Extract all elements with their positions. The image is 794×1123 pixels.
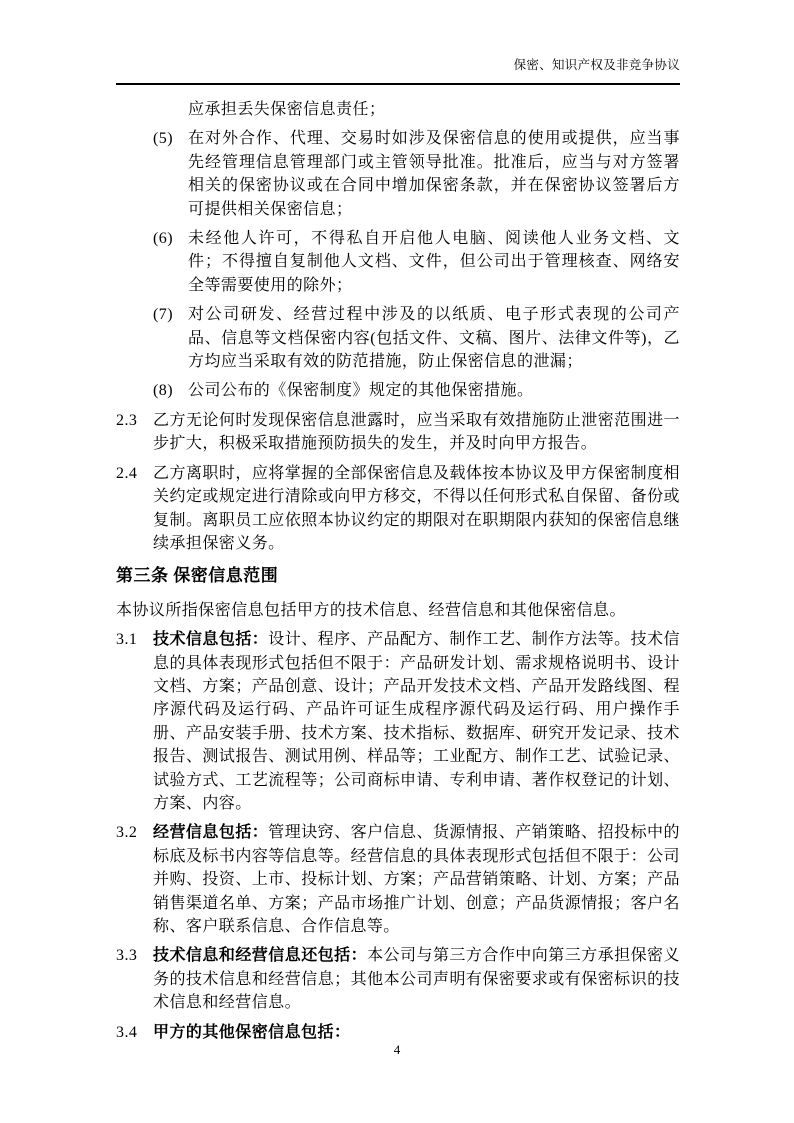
list-text: 对公司研发、经营过程中涉及的以纸质、电子形式表现的公司产品、信息等文档保密内容(… xyxy=(188,303,680,373)
clause-lead: 技术信息和经营信息还包括： xyxy=(153,947,367,964)
clause-3-1: 3.1 技术信息包括：设计、程序、产品配方、制作工艺、制作方法等。技术信息的具体… xyxy=(116,628,680,815)
page-header: 保密、知识产权及非竞争协议 xyxy=(116,57,680,85)
page-number: 4 xyxy=(394,1042,401,1057)
clause-text: 经营信息包括：管理诀窍、客户信息、货源情报、产销策略、招投标中的标底及标书内容等… xyxy=(153,821,680,938)
list-item-6: (6) 未经他人许可，不得私自开启他人电脑、阅读他人业务文档、文件；不得擅自复制… xyxy=(153,227,680,297)
section-heading: 第三条 保密信息范围 xyxy=(116,564,680,587)
clause-number: 3.2 xyxy=(116,821,153,938)
header-rule xyxy=(116,83,680,85)
clause-text: 乙方无论何时发现保密信息泄露时，应当采取有效措施防止泄密范围进一步扩大，积极采取… xyxy=(153,409,680,456)
list-item-7: (7) 对公司研发、经营过程中涉及的以纸质、电子形式表现的公司产品、信息等文档保… xyxy=(153,303,680,373)
list-item-8: (8) 公司公布的《保密制度》规定的其他保密措施。 xyxy=(153,379,680,402)
clause-text: 乙方离职时，应将掌握的全部保密信息及载体按本协议及甲方保密制度相关约定或规定进行… xyxy=(153,462,680,556)
clause-text: 技术信息包括：设计、程序、产品配方、制作工艺、制作方法等。技术信息的具体表现形式… xyxy=(153,628,680,815)
page-footer: 4 xyxy=(0,1042,794,1058)
list-number: (7) xyxy=(153,303,188,373)
clause-text: 甲方的其他保密信息包括： xyxy=(153,1021,680,1044)
clause-number: 3.4 xyxy=(116,1021,153,1044)
list-number: (6) xyxy=(153,227,188,297)
clause-2-4: 2.4 乙方离职时，应将掌握的全部保密信息及载体按本协议及甲方保密制度相关约定或… xyxy=(116,462,680,556)
clause-3-3: 3.3 技术信息和经营信息还包括：本公司与第三方合作中向第三方承担保密义务的技术… xyxy=(116,944,680,1014)
document-page: 保密、知识产权及非竞争协议 应承担丢失保密信息责任； (5) 在对外合作、代理、… xyxy=(0,0,794,1123)
list-text: 在对外合作、代理、交易时如涉及保密信息的使用或提供，应当事先经管理信息管理部门或… xyxy=(188,127,680,221)
clause-number: 3.3 xyxy=(116,944,153,1014)
paragraph-carryover: 应承担丢失保密信息责任； xyxy=(188,98,680,121)
list-number: (8) xyxy=(153,379,188,402)
list-number: (5) xyxy=(153,127,188,221)
clause-number: 2.4 xyxy=(116,462,153,556)
clause-number: 3.1 xyxy=(116,628,153,815)
clause-number: 2.3 xyxy=(116,409,153,456)
clause-2-3: 2.3 乙方无论何时发现保密信息泄露时，应当采取有效措施防止泄密范围进一步扩大，… xyxy=(116,409,680,456)
list-text: 公司公布的《保密制度》规定的其他保密措施。 xyxy=(188,379,680,402)
clause-3-4: 3.4 甲方的其他保密信息包括： xyxy=(116,1021,680,1044)
clause-lead: 甲方的其他保密信息包括： xyxy=(153,1024,350,1041)
list-text: 未经他人许可，不得私自开启他人电脑、阅读他人业务文档、文件；不得擅自复制他人文档… xyxy=(188,227,680,297)
clause-lead: 技术信息包括： xyxy=(153,631,268,648)
clause-lead: 经营信息包括： xyxy=(153,824,268,841)
section-intro: 本协议所指保密信息包括甲方的技术信息、经营信息和其他保密信息。 xyxy=(116,599,680,622)
list-item-5: (5) 在对外合作、代理、交易时如涉及保密信息的使用或提供，应当事先经管理信息管… xyxy=(153,127,680,221)
clause-text: 技术信息和经营信息还包括：本公司与第三方合作中向第三方承担保密义务的技术信息和经… xyxy=(153,944,680,1014)
header-title: 保密、知识产权及非竞争协议 xyxy=(116,57,680,73)
clause-3-2: 3.2 经营信息包括：管理诀窍、客户信息、货源情报、产销策略、招投标中的标底及标… xyxy=(116,821,680,938)
document-content: 应承担丢失保密信息责任； (5) 在对外合作、代理、交易时如涉及保密信息的使用或… xyxy=(116,98,680,1044)
clause-body: 设计、程序、产品配方、制作工艺、制作方法等。技术信息的具体表现形式包括但不限于：… xyxy=(153,631,680,812)
